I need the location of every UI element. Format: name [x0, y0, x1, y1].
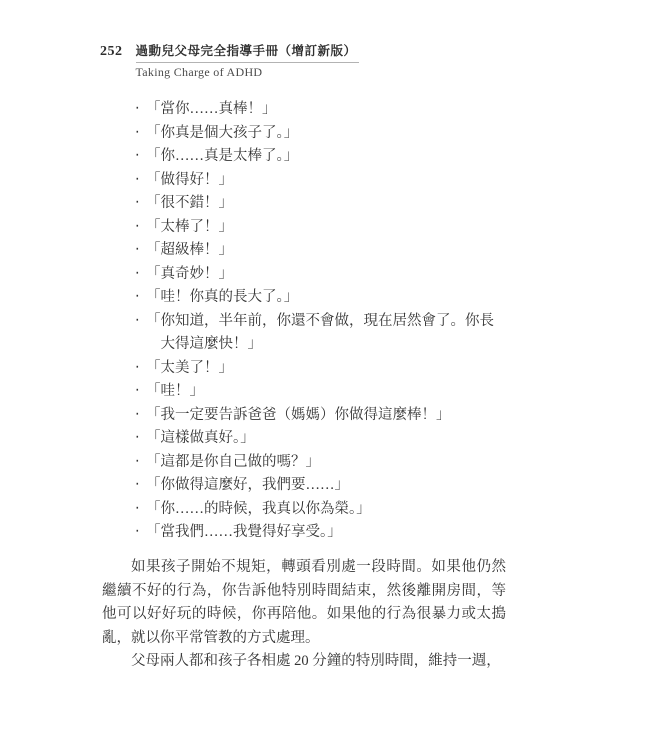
quote-list-item: ‧「我一定要告訴爸爸（媽媽）你做得這麼棒！」 [135, 404, 507, 428]
running-title-group: 過動兒父母完全指導手冊（增訂新版） Taking Charge of ADHD [136, 44, 359, 79]
book-title: 過動兒父母完全指導手冊（增訂新版） [136, 44, 359, 63]
paragraph-special-time-rules: 如果孩子開始不規矩，轉頭看別處一段時間。如果他仍然繼續不好的行為，你告訴他特別時… [102, 556, 506, 650]
quote-list-item: ‧「超級棒！」 [135, 239, 507, 263]
quote-list-item: ‧「你知道，半年前，你還不會做，現在居然會了。你長大得這麼快！」 [135, 310, 507, 357]
quote-text: 「很不錯！」 [146, 192, 507, 216]
quote-list-item: ‧「很不錯！」 [135, 192, 507, 216]
quote-list-item: ‧「做得好！」 [135, 169, 507, 193]
quote-text: 「你真是個大孩子了。」 [146, 122, 507, 146]
quote-text: 「你知道，半年前，你還不會做，現在居然會了。你長大得這麼快！」 [146, 310, 507, 357]
quote-list-item: ‧「你……真是太棒了。」 [135, 145, 507, 169]
bullet-dot-icon: ‧ [135, 474, 146, 498]
bullet-dot-icon: ‧ [135, 521, 146, 545]
quote-list-item: ‧「這樣做真好。」 [135, 427, 507, 451]
quote-text: 「超級棒！」 [146, 239, 507, 263]
bullet-dot-icon: ‧ [135, 192, 146, 216]
quote-text: 「太美了！」 [146, 357, 507, 381]
quote-text: 「做得好！」 [146, 169, 507, 193]
quote-list-item: ‧「你真是個大孩子了。」 [135, 122, 507, 146]
quote-list-item: ‧「太棒了！」 [135, 216, 507, 240]
bullet-dot-icon: ‧ [135, 404, 146, 428]
bullet-dot-icon: ‧ [135, 380, 146, 404]
bullet-dot-icon: ‧ [135, 451, 146, 475]
quote-text: 「當我們……我覺得好享受。」 [146, 521, 507, 545]
praise-quote-list: ‧「當你……真棒！」 ‧「你真是個大孩子了。」 ‧「你……真是太棒了。」 ‧「做… [135, 98, 507, 545]
page-number: 252 [100, 44, 123, 59]
paragraph-both-parents: 父母兩人都和孩子各相處 20 分鐘的特別時間，維持一週， [102, 650, 506, 674]
quote-text: 「哇！」 [146, 380, 507, 404]
quote-list-item: ‧「太美了！」 [135, 357, 507, 381]
quote-list-item: ‧「哇！你真的長大了。」 [135, 286, 507, 310]
bullet-dot-icon: ‧ [135, 122, 146, 146]
quote-text: 「我一定要告訴爸爸（媽媽）你做得這麼棒！」 [146, 404, 507, 428]
book-subtitle-english: Taking Charge of ADHD [136, 66, 359, 79]
bullet-dot-icon: ‧ [135, 145, 146, 169]
quote-text: 「哇！你真的長大了。」 [146, 286, 507, 310]
body-paragraphs: 如果孩子開始不規矩，轉頭看別處一段時間。如果他仍然繼續不好的行為，你告訴他特別時… [102, 556, 506, 674]
bullet-dot-icon: ‧ [135, 286, 146, 310]
bullet-dot-icon: ‧ [135, 239, 146, 263]
quote-list-item: ‧「你……的時候，我真以你為榮。」 [135, 498, 507, 522]
quote-list-item: ‧「這都是你自己做的嗎？」 [135, 451, 507, 475]
quote-text: 「太棒了！」 [146, 216, 507, 240]
quote-text: 「你……的時候，我真以你為榮。」 [146, 498, 507, 522]
bullet-dot-icon: ‧ [135, 427, 146, 451]
quote-text: 「真奇妙！」 [146, 263, 507, 287]
quote-text: 「當你……真棒！」 [146, 98, 507, 122]
quote-text: 「你……真是太棒了。」 [146, 145, 507, 169]
bullet-dot-icon: ‧ [135, 169, 146, 193]
quote-list-item: ‧「當你……真棒！」 [135, 98, 507, 122]
bullet-dot-icon: ‧ [135, 263, 146, 287]
book-page: 252 過動兒父母完全指導手冊（增訂新版） Taking Charge of A… [0, 0, 650, 750]
quote-list-item: ‧「哇！」 [135, 380, 507, 404]
bullet-dot-icon: ‧ [135, 310, 146, 357]
quote-list-item: ‧「你做得這麼好，我們要……」 [135, 474, 507, 498]
bullet-dot-icon: ‧ [135, 98, 146, 122]
bullet-dot-icon: ‧ [135, 216, 146, 240]
quote-list-item: ‧「當我們……我覺得好享受。」 [135, 521, 507, 545]
quote-text: 「這樣做真好。」 [146, 427, 507, 451]
bullet-dot-icon: ‧ [135, 357, 146, 381]
quote-text: 「這都是你自己做的嗎？」 [146, 451, 507, 475]
page-header: 252 過動兒父母完全指導手冊（增訂新版） Taking Charge of A… [100, 44, 359, 79]
quote-text: 「你做得這麼好，我們要……」 [146, 474, 507, 498]
bullet-dot-icon: ‧ [135, 498, 146, 522]
quote-list-item: ‧「真奇妙！」 [135, 263, 507, 287]
